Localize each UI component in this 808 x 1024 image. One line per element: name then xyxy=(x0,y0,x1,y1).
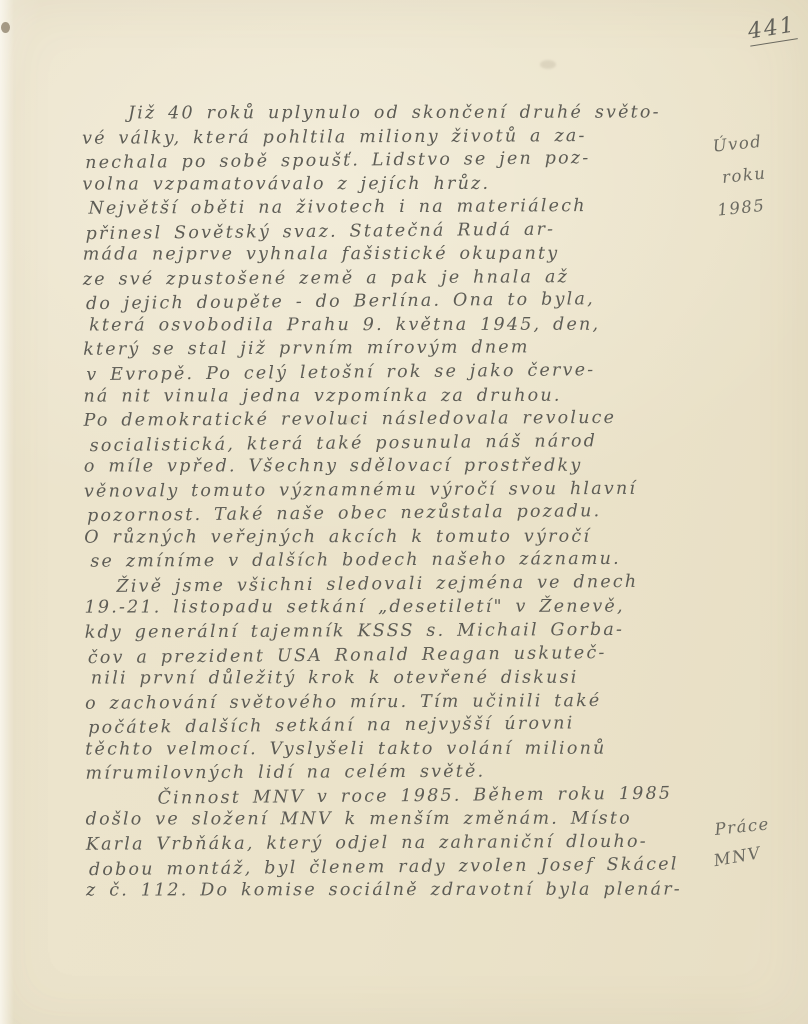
text-line: do jejich doupěte - do Berlína. Ona to b… xyxy=(86,287,731,317)
text-line: nili první důležitý krok k otevřené disk… xyxy=(91,667,733,692)
text-line: z č. 112. Do komise sociálně zdravotní b… xyxy=(86,878,734,903)
text-line: o míle vpřed. Všechny sdělovací prostřed… xyxy=(84,455,732,480)
text-line: v Evropě. Po celý letošní rok se jako če… xyxy=(86,358,731,388)
scan-edge-highlight xyxy=(0,0,14,1024)
text-line: ná nit vinula jedna vzpomínka za druhou. xyxy=(83,384,731,409)
text-line: která osvobodila Prahu 9. května 1945, d… xyxy=(89,313,731,338)
text-line: 19.-21. listopadu setkání „desetiletí" v… xyxy=(85,596,733,621)
text-line: počátek dalších setkání na nejvyšší úrov… xyxy=(88,711,733,741)
paper-smudge xyxy=(540,60,556,69)
text-line: těchto velmocí. Vyslyšeli takto volání m… xyxy=(85,737,733,762)
chronicle-page: 441 Úvod roku 1985 Práce MNV Již 40 roků… xyxy=(0,0,808,1024)
text-line: volna vzpamatovávalo z jejích hrůz. xyxy=(82,172,730,197)
page-number: 441 xyxy=(746,12,798,46)
text-line: máda nejprve vyhnala fašistické okupanty xyxy=(83,243,731,268)
text-line: nechala po sobě spoušť. Lidstvo se jen p… xyxy=(85,146,730,176)
text-line: Již 40 roků uplynulo od skončení druhé s… xyxy=(128,101,730,126)
text-line: došlo ve složení MNV k menším změnám. Mí… xyxy=(86,808,734,833)
text-line: O různých veřejných akcích k tomuto výro… xyxy=(84,525,732,550)
paper-speck xyxy=(1,22,10,33)
handwritten-text-block: Již 40 roků uplynulo od skončení druhé s… xyxy=(82,100,734,904)
text-line: pozornost. Také naše obec nezůstala poza… xyxy=(87,499,732,529)
